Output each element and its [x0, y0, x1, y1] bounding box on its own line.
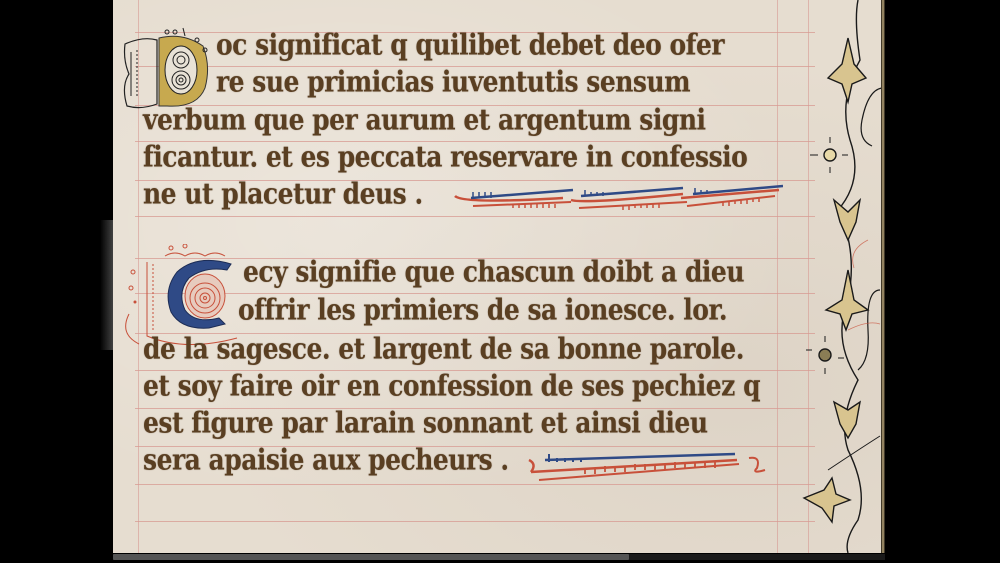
gold-roundel-icon [819, 349, 831, 361]
text-line: est figure par larain sonnant et ainsi d… [143, 406, 708, 439]
manuscript-image[interactable]: oc significat q quilibet debet deo ofer … [113, 0, 885, 553]
line-filler-decoration [453, 182, 783, 212]
text-line: sera apaisie aux pecheurs . [143, 443, 509, 476]
line-filler-decoration [525, 450, 775, 484]
marginal-border-ornament [788, 0, 885, 553]
scrollbar-thumb[interactable] [113, 554, 629, 560]
text-line: oc significat q quilibet debet deo ofer [216, 28, 724, 61]
horizontal-scrollbar[interactable] [113, 554, 885, 560]
image-viewer: oc significat q quilibet debet deo ofer … [0, 0, 1000, 563]
text-line: de la sagesce. et largent de sa bonne pa… [143, 332, 744, 365]
text-line: ne ut placetur deus . [143, 177, 423, 210]
gold-leaf-icon [804, 478, 850, 522]
ruling-line [135, 484, 815, 485]
text-line: ficantur. et es peccata reservare in con… [143, 140, 747, 173]
ruling-line [135, 216, 815, 217]
text-line: et soy faire oir en confession de ses pe… [143, 369, 760, 402]
gold-leaf-icon [826, 270, 868, 330]
gold-leaf-icon [828, 38, 866, 102]
text-line: verbum que per aurum et argentum signi [143, 103, 706, 136]
viewer-edge-highlight [100, 220, 114, 350]
ruling-line [135, 521, 815, 522]
illuminated-initial-h [123, 26, 211, 112]
text-line: re sue primicias iuventutis sensum [216, 65, 690, 98]
gold-leaf-icon [834, 200, 860, 240]
gold-roundel-icon [824, 149, 836, 161]
text-line: ecy signifie que chascun doibt a dieu [243, 255, 744, 288]
gold-border-frame [881, 0, 885, 553]
text-line: offrir les primiers de sa ionesce. lor. [238, 293, 727, 326]
ruling-vertical-right [777, 0, 778, 553]
